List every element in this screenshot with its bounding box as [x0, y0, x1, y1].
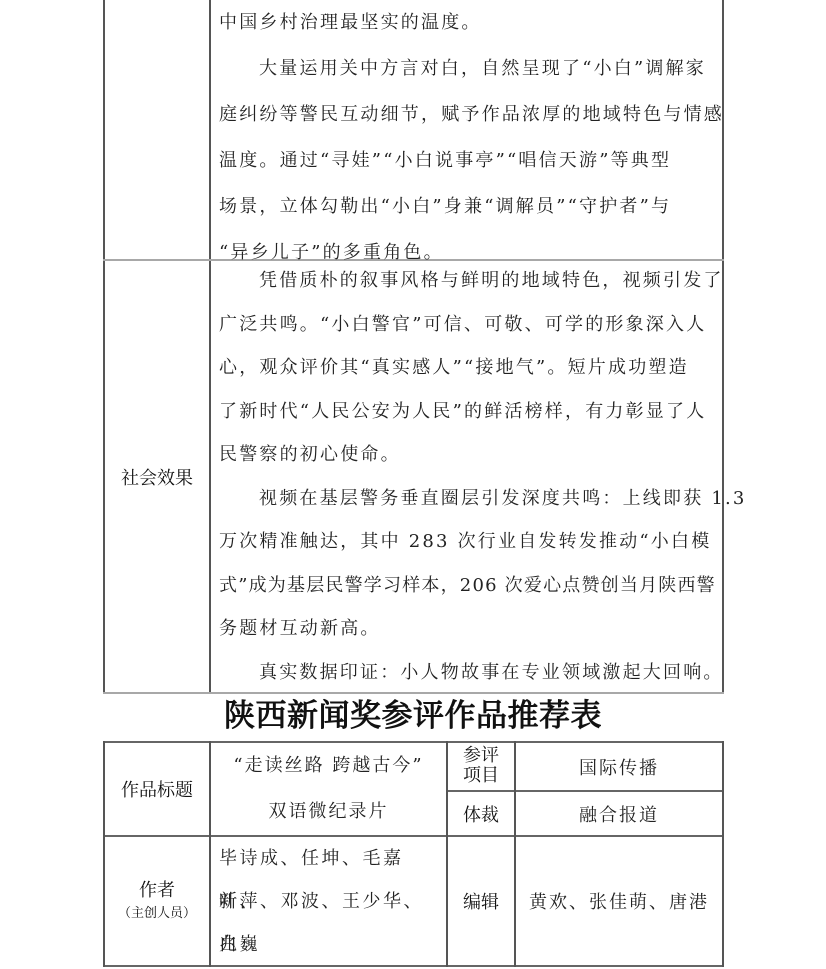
upper-table-col-divider [209, 0, 211, 694]
text-line: 万次精准触达，其中 283 次行业自发转发推动“小白模 [219, 520, 719, 564]
editor-value: 黄欢、张佳萌、唐港 [516, 837, 722, 965]
genre-value-text: 融合报道 [579, 801, 659, 827]
editor-label-text: 编辑 [463, 888, 499, 914]
work-title-line: 双语微纪录片 [211, 789, 446, 835]
category-value-text: 国际传播 [579, 754, 659, 780]
form-title: 陕西新闻奖参评作品推荐表 [0, 690, 826, 735]
continuation-text: 中国乡村治理最坚实的温度。 大量运用关中方言对白，自然呈现了“小白”调解家 庭纠… [219, 0, 719, 276]
work-title-line: “走读丝路 跨越古今” [211, 743, 446, 789]
text-line: 式”成为基层民警学习样本，206 次爱心点赞创当月陕西警 [219, 564, 719, 608]
text-line: 大量运用关中方言对白，自然呈现了“小白”调解家 [219, 46, 719, 92]
social-effect-label: 社会效果 [105, 261, 209, 692]
author-line: 兆巍 [219, 923, 444, 966]
author-sublabel-text: （主创人员） [118, 904, 196, 924]
text-line: 心，观众评价其“真实感人”“接地气”。短片成功塑造 [219, 346, 719, 390]
author-label: 作者 （主创人员） [105, 837, 209, 965]
genre-label-text: 体裁 [463, 801, 499, 827]
text-line: 广泛共鸣。“小白警官”可信、可敬、可学的形象深入人 [219, 303, 719, 347]
work-title-label: 作品标题 [105, 743, 209, 835]
text-line: 务题材互动新高。 [219, 607, 719, 651]
author-label-text: 作者 [139, 878, 175, 904]
category-value: 国际传播 [516, 743, 722, 790]
genre-value: 融合报道 [516, 792, 722, 835]
text-line: 民警察的初心使命。 [219, 433, 719, 477]
text-line: 中国乡村治理最坚实的温度。 [219, 0, 719, 46]
editor-label: 编辑 [448, 837, 514, 965]
text-line: 凭借质朴的叙事风格与鲜明的地域特色，视频引发了 [219, 259, 719, 303]
category-label-line: 项目 [448, 766, 514, 786]
work-title-label-text: 作品标题 [121, 776, 193, 802]
text-line: 温度。通过“寻娃”“小白说事亭”“唱信天游”等典型 [219, 138, 719, 184]
social-effect-label-text: 社会效果 [121, 464, 193, 490]
work-title-value: “走读丝路 跨越古今” 双语微纪录片 [211, 743, 446, 835]
category-label-line: 参评 [448, 746, 514, 766]
author-line: 叶萍、邓波、王少华、白 [219, 880, 444, 923]
editor-value-text: 黄欢、张佳萌、唐港 [529, 888, 709, 914]
text-line: 场景，立体勾勒出“小白”身兼“调解员”“守护者”与 [219, 184, 719, 230]
social-effect-text: 凭借质朴的叙事风格与鲜明的地域特色，视频引发了 广泛共鸣。“小白警官”可信、可敬… [219, 259, 719, 694]
category-label: 参评 项目 [448, 743, 514, 790]
form-table-right-border [722, 741, 724, 967]
genre-label: 体裁 [448, 792, 514, 835]
text-line: 庭纠纷等警民互动细节，赋予作品浓厚的地域特色与情感 [219, 92, 719, 138]
author-line: 毕诗成、任坤、毛嘉新、 [219, 837, 444, 880]
author-value: 毕诗成、任坤、毛嘉新、 叶萍、邓波、王少华、白 兆巍 [219, 837, 444, 965]
text-line: 视频在基层警务垂直圈层引发深度共鸣：上线即获 1.3 [219, 477, 719, 521]
text-line: 真实数据印证：小人物故事在专业领域激起大回响。 [219, 651, 719, 695]
text-line: 了新时代“人民公安为人民”的鲜活榜样，有力彰显了人 [219, 390, 719, 434]
